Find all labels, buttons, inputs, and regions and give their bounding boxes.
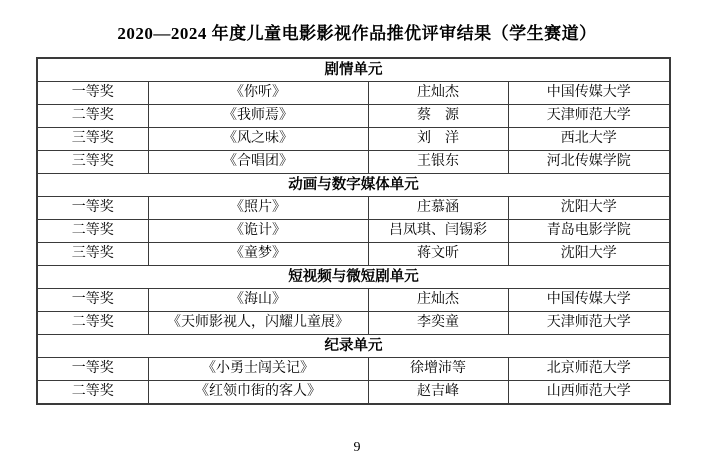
author-cell: 吕凤琪、闫锡彩 <box>368 220 508 243</box>
award-cell: 一等奖 <box>37 197 148 220</box>
table-row: 三等奖《合唱团》王银东河北传媒学院 <box>37 151 670 174</box>
school-cell: 沈阳大学 <box>508 243 670 266</box>
author-cell: 蔡 源 <box>368 105 508 128</box>
work-title-cell: 《小勇士闯关记》 <box>148 358 368 381</box>
award-cell: 三等奖 <box>37 151 148 174</box>
school-cell: 中国传媒大学 <box>508 82 670 105</box>
awards-table-body: 剧情单元一等奖《你听》庄灿杰中国传媒大学二等奖《我师焉》蔡 源天津师范大学三等奖… <box>37 58 670 404</box>
awards-table: 剧情单元一等奖《你听》庄灿杰中国传媒大学二等奖《我师焉》蔡 源天津师范大学三等奖… <box>36 57 671 405</box>
table-row: 三等奖《童梦》蒋文昕沈阳大学 <box>37 243 670 266</box>
award-cell: 二等奖 <box>37 312 148 335</box>
section-header: 剧情单元 <box>37 58 670 82</box>
section-header-row: 动画与数字媒体单元 <box>37 174 670 197</box>
table-row: 一等奖《你听》庄灿杰中国传媒大学 <box>37 82 670 105</box>
author-cell: 徐增沛等 <box>368 358 508 381</box>
section-header-row: 剧情单元 <box>37 58 670 82</box>
author-cell: 庄慕涵 <box>368 197 508 220</box>
award-cell: 二等奖 <box>37 220 148 243</box>
section-header-row: 短视频与微短剧单元 <box>37 266 670 289</box>
author-cell: 李奕童 <box>368 312 508 335</box>
table-row: 二等奖《我师焉》蔡 源天津师范大学 <box>37 105 670 128</box>
award-cell: 一等奖 <box>37 358 148 381</box>
table-row: 二等奖《天师影视人，闪耀儿童展》李奕童天津师范大学 <box>37 312 670 335</box>
work-title-cell: 《风之味》 <box>148 128 368 151</box>
work-title-cell: 《童梦》 <box>148 243 368 266</box>
work-title-cell: 《合唱团》 <box>148 151 368 174</box>
section-header-row: 纪录单元 <box>37 335 670 358</box>
school-cell: 天津师范大学 <box>508 312 670 335</box>
award-cell: 二等奖 <box>37 381 148 405</box>
table-row: 一等奖《海山》庄灿杰中国传媒大学 <box>37 289 670 312</box>
section-header: 短视频与微短剧单元 <box>37 266 670 289</box>
table-row: 二等奖《红领巾街的客人》赵吉峰山西师范大学 <box>37 381 670 405</box>
table-row: 三等奖《风之味》刘 洋西北大学 <box>37 128 670 151</box>
page-title: 2020—2024 年度儿童电影影视作品推优评审结果（学生赛道） <box>0 19 714 44</box>
school-cell: 西北大学 <box>508 128 670 151</box>
school-cell: 北京师范大学 <box>508 358 670 381</box>
table-row: 二等奖《诡计》吕凤琪、闫锡彩青岛电影学院 <box>37 220 670 243</box>
table-row: 一等奖《照片》庄慕涵沈阳大学 <box>37 197 670 220</box>
work-title-cell: 《海山》 <box>148 289 368 312</box>
school-cell: 青岛电影学院 <box>508 220 670 243</box>
school-cell: 山西师范大学 <box>508 381 670 405</box>
award-cell: 一等奖 <box>37 289 148 312</box>
work-title-cell: 《我师焉》 <box>148 105 368 128</box>
school-cell: 沈阳大学 <box>508 197 670 220</box>
author-cell: 赵吉峰 <box>368 381 508 405</box>
work-title-cell: 《照片》 <box>148 197 368 220</box>
author-cell: 庄灿杰 <box>368 82 508 105</box>
section-header: 纪录单元 <box>37 335 670 358</box>
award-cell: 二等奖 <box>37 105 148 128</box>
page-number: 9 <box>0 440 714 454</box>
work-title-cell: 《你听》 <box>148 82 368 105</box>
author-cell: 蒋文昕 <box>368 243 508 266</box>
section-header: 动画与数字媒体单元 <box>37 174 670 197</box>
school-cell: 天津师范大学 <box>508 105 670 128</box>
award-cell: 三等奖 <box>37 128 148 151</box>
table-row: 一等奖《小勇士闯关记》徐增沛等北京师范大学 <box>37 358 670 381</box>
school-cell: 中国传媒大学 <box>508 289 670 312</box>
school-cell: 河北传媒学院 <box>508 151 670 174</box>
author-cell: 庄灿杰 <box>368 289 508 312</box>
work-title-cell: 《天师影视人，闪耀儿童展》 <box>148 312 368 335</box>
author-cell: 王银东 <box>368 151 508 174</box>
work-title-cell: 《诡计》 <box>148 220 368 243</box>
award-cell: 三等奖 <box>37 243 148 266</box>
award-cell: 一等奖 <box>37 82 148 105</box>
work-title-cell: 《红领巾街的客人》 <box>148 381 368 405</box>
author-cell: 刘 洋 <box>368 128 508 151</box>
